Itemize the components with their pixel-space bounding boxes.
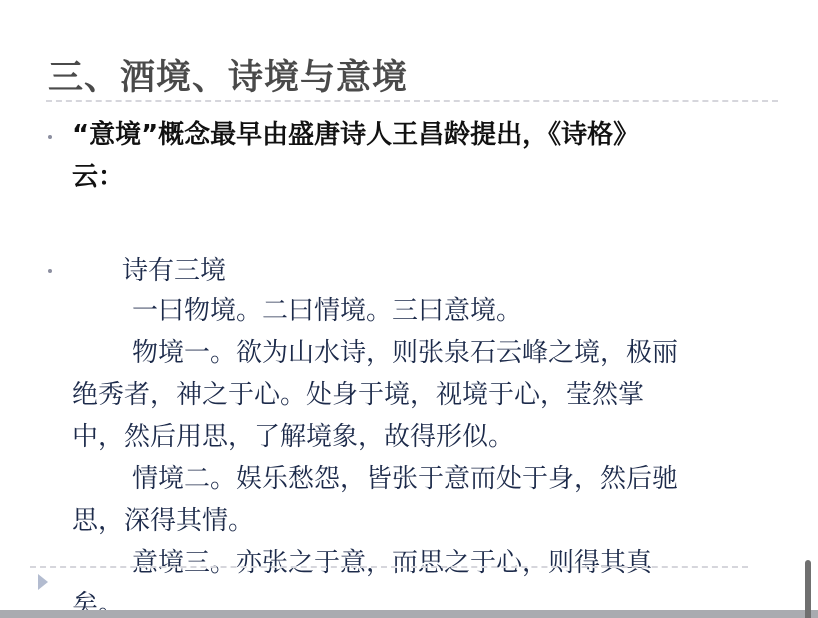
- play-triangle-icon[interactable]: [38, 574, 48, 590]
- slide-canvas: 三、酒境、诗境与意境 “意境”概念最早由盛唐诗人王昌龄提出，《诗格》 云： 诗有…: [0, 0, 818, 610]
- vertical-scrollbar-thumb[interactable]: [805, 560, 811, 618]
- quote-line: 绝秀者，神之于心。处身于境，视境于心，莹然掌: [72, 374, 762, 416]
- bullet-quote-three-realms: 诗有三境 一曰物境。二曰情境。三曰意境。 物境一。欲为山水诗，则张泉石云峰之境，…: [72, 250, 762, 610]
- quote-line: 意境三。亦张之于意，而思之于心，则得其真: [72, 542, 762, 584]
- quote-line: 矣。: [72, 584, 762, 610]
- bullet-line: “意境”概念最早由盛唐诗人王昌龄提出，《诗格》: [72, 114, 752, 156]
- footer-divider: [30, 566, 748, 568]
- bullet-concept-origin: “意境”概念最早由盛唐诗人王昌龄提出，《诗格》 云：: [72, 114, 752, 198]
- quote-line: 思，深得其情。: [72, 500, 762, 542]
- quote-line: 情境二。娱乐愁怨，皆张于意而处于身，然后驰: [72, 458, 762, 500]
- quote-line: 中，然后用思，了解境象，故得形似。: [72, 416, 762, 458]
- bullet-dot-icon: [48, 135, 52, 139]
- quote-line: 物境一。欲为山水诗，则张泉石云峰之境，极丽: [72, 332, 762, 374]
- horizontal-scrollbar[interactable]: [0, 610, 818, 618]
- bullet-dot-icon: [48, 269, 52, 273]
- quote-line: 一曰物境。二曰情境。三曰意境。: [72, 290, 762, 332]
- bullet-line: 云：: [72, 156, 752, 198]
- title-divider: [46, 100, 778, 102]
- slide-title: 三、酒境、诗境与意境: [48, 56, 408, 100]
- quote-heading: 诗有三境: [72, 250, 762, 292]
